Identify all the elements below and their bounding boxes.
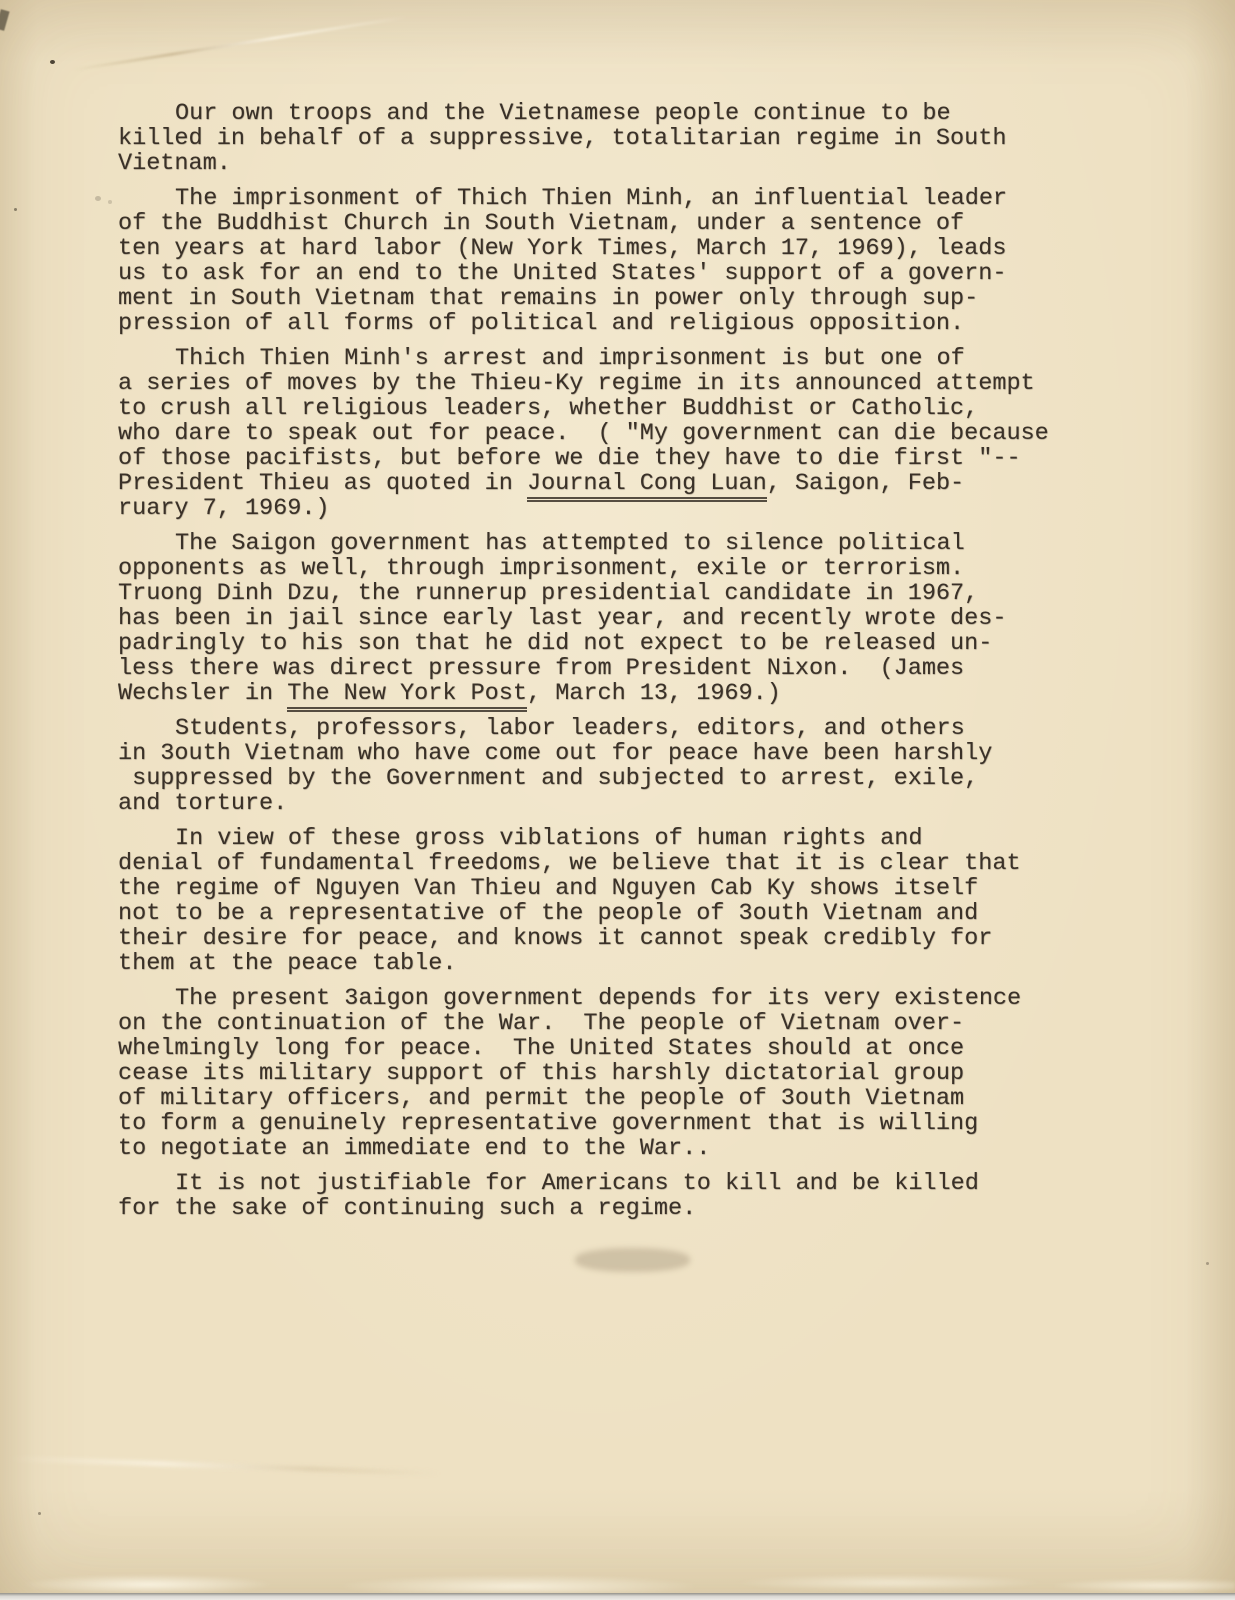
- text-segment: The Saigon government has attempted to s…: [175, 530, 965, 557]
- text-segment: Vietnam.: [118, 150, 231, 177]
- paper-edge-mark: [0, 9, 10, 31]
- text-line: ment in South Vietnam that remains in po…: [118, 286, 1049, 311]
- text-line: Students, professors, labor leaders, edi…: [118, 716, 1049, 741]
- text-segment: It is not justifiable for Americans to k…: [175, 1170, 979, 1197]
- text-line: not to be a representative of the people…: [118, 901, 1049, 926]
- text-line: their desire for peace, and knows it can…: [118, 926, 1049, 951]
- text-line: for the sake of continuing such a regime…: [118, 1196, 1049, 1221]
- text-line: opponents as well, through imprisonment,…: [118, 556, 1049, 581]
- text-line: The imprisonment of Thich Thien Minh, an…: [118, 186, 1049, 211]
- text-line: of those pacifists, but before we die th…: [118, 446, 1049, 471]
- text-line: the regime of Nguyen Van Thieu and Nguye…: [118, 876, 1049, 901]
- text-segment: ruary 7, 1969.): [118, 495, 330, 522]
- text-segment: to crush all religious leaders, whether …: [118, 395, 978, 422]
- text-segment: Our own troops and the Vietnamese people…: [175, 100, 951, 127]
- typewritten-page: Our own troops and the Vietnamese people…: [0, 0, 1235, 1600]
- text-line: a series of moves by the Thieu-Ky regime…: [118, 371, 1049, 396]
- text-segment: In view of these gross viblations of hum…: [175, 825, 922, 852]
- text-segment: ment in South Vietnam that remains in po…: [118, 285, 978, 312]
- text-line: ten years at hard labor (New York Times,…: [118, 236, 1049, 261]
- text-line: Wechsler in The New York Post, March 13,…: [118, 681, 1049, 706]
- text-segment: their desire for peace, and knows it can…: [118, 925, 992, 952]
- text-line: pression of all forms of political and r…: [118, 311, 1049, 336]
- text-segment: us to ask for an end to the United State…: [118, 260, 1006, 287]
- text-segment: Truong Dinh Dzu, the runnerup presidenti…: [118, 580, 978, 607]
- text-line: to negotiate an immediate end to the War…: [118, 1136, 1049, 1161]
- paper-speck: [38, 1512, 41, 1515]
- text-line: us to ask for an end to the United State…: [118, 261, 1049, 286]
- paragraph: It is not justifiable for Americans to k…: [118, 1171, 1049, 1221]
- text-line: suppressed by the Government and subject…: [118, 766, 1049, 791]
- text-line: in 3outh Vietnam who have come out for p…: [118, 741, 1049, 766]
- paper-speck: [1206, 1262, 1209, 1265]
- text-line: President Thieu as quoted in Journal Con…: [118, 471, 1049, 496]
- paper-speck: [14, 208, 17, 211]
- text-segment: and torture.: [118, 790, 287, 817]
- text-line: padringly to his son that he did not exp…: [118, 631, 1049, 656]
- text-segment: President Thieu as quoted in: [118, 470, 527, 497]
- text-segment: The imprisonment of Thich Thien Minh, an…: [175, 185, 1007, 212]
- text-line: of military officers, and permit the peo…: [118, 1086, 1049, 1111]
- text-segment: of military officers, and permit the peo…: [118, 1085, 964, 1112]
- text-line: Truong Dinh Dzu, the runnerup presidenti…: [118, 581, 1049, 606]
- text-line: whelmingly long for peace. The United St…: [118, 1036, 1049, 1061]
- text-line: on the continuation of the War. The peop…: [118, 1011, 1049, 1036]
- paragraph: Students, professors, labor leaders, edi…: [118, 716, 1049, 816]
- text-segment: on the continuation of the War. The peop…: [118, 1010, 964, 1037]
- document-text: Our own troops and the Vietnamese people…: [118, 101, 1049, 1231]
- text-segment: for the sake of continuing such a regime…: [118, 1195, 696, 1222]
- text-segment: The present 3aigon government depends fo…: [175, 985, 1021, 1012]
- text-segment: whelmingly long for peace. The United St…: [118, 1035, 964, 1062]
- text-segment: opponents as well, through imprisonment,…: [118, 555, 964, 582]
- text-segment: to negotiate an immediate end to the War…: [118, 1135, 710, 1162]
- paragraph: In view of these gross viblations of hum…: [118, 826, 1049, 976]
- text-segment: a series of moves by the Thieu-Ky regime…: [118, 370, 1035, 397]
- text-segment: of the Buddhist Church in South Vietnam,…: [118, 210, 964, 237]
- text-line: to form a genuinely representative gover…: [118, 1111, 1049, 1136]
- paragraph: The Saigon government has attempted to s…: [118, 531, 1049, 706]
- text-segment: less there was direct pressure from Pres…: [118, 655, 964, 682]
- paper-bottom-tear: [0, 1559, 1235, 1593]
- text-segment: ten years at hard labor (New York Times,…: [118, 235, 1006, 262]
- text-segment: the regime of Nguyen Van Thieu and Nguye…: [118, 875, 978, 902]
- text-segment: padringly to his son that he did not exp…: [118, 630, 992, 657]
- text-line: has been in jail since early last year, …: [118, 606, 1049, 631]
- text-line: denial of fundamental freedoms, we belie…: [118, 851, 1049, 876]
- text-line: Thich Thien Minh's arrest and imprisonme…: [118, 346, 1049, 371]
- ink-ghost-smudge: [575, 1248, 690, 1272]
- text-segment: to form a genuinely representative gover…: [118, 1110, 978, 1137]
- text-line: Vietnam.: [118, 151, 1049, 176]
- paragraph: The present 3aigon government depends fo…: [118, 986, 1049, 1161]
- text-segment: who dare to speak out for peace. ( "My g…: [118, 420, 1049, 447]
- text-line: of the Buddhist Church in South Vietnam,…: [118, 211, 1049, 236]
- text-segment: of those pacifists, but before we die th…: [118, 445, 1021, 472]
- underlined-citation: The New York Post: [287, 680, 527, 712]
- text-line: less there was direct pressure from Pres…: [118, 656, 1049, 681]
- paper-speck: [50, 60, 55, 64]
- paper-crease-top: [72, 15, 408, 71]
- paper-speck: [95, 196, 101, 201]
- text-segment: , Saigon, Feb-: [767, 470, 964, 497]
- text-segment: has been in jail since early last year, …: [118, 605, 1006, 632]
- text-segment: cease its military support of this harsh…: [118, 1060, 964, 1087]
- text-segment: denial of fundamental freedoms, we belie…: [118, 850, 1021, 877]
- text-segment: , March 13, 1969.): [527, 680, 781, 707]
- paragraph: Thich Thien Minh's arrest and imprisonme…: [118, 346, 1049, 521]
- text-segment: not to be a representative of the people…: [118, 900, 978, 927]
- paragraph: The imprisonment of Thich Thien Minh, an…: [118, 186, 1049, 336]
- text-segment: killed in behalf of a suppressive, total…: [118, 125, 1006, 152]
- text-line: The Saigon government has attempted to s…: [118, 531, 1049, 556]
- underlined-citation: Journal Cong Luan: [527, 470, 767, 502]
- paper-bottom-edge: [0, 1593, 1235, 1600]
- text-segment: pression of all forms of political and r…: [118, 310, 964, 337]
- text-line: Our own troops and the Vietnamese people…: [118, 101, 1049, 126]
- text-line: The present 3aigon government depends fo…: [118, 986, 1049, 1011]
- text-line: and torture.: [118, 791, 1049, 816]
- text-line: who dare to speak out for peace. ( "My g…: [118, 421, 1049, 446]
- text-segment: Wechsler in: [118, 680, 287, 707]
- text-line: It is not justifiable for Americans to k…: [118, 1171, 1049, 1196]
- text-segment: Thich Thien Minh's arrest and imprisonme…: [175, 345, 965, 372]
- paper-crease-bottom: [10, 1456, 440, 1475]
- text-segment: them at the peace table.: [118, 950, 456, 977]
- text-segment: suppressed by the Government and subject…: [118, 765, 978, 792]
- paper-speck: [108, 200, 112, 204]
- text-line: cease its military support of this harsh…: [118, 1061, 1049, 1086]
- text-line: to crush all religious leaders, whether …: [118, 396, 1049, 421]
- text-line: In view of these gross viblations of hum…: [118, 826, 1049, 851]
- text-segment: Students, professors, labor leaders, edi…: [175, 715, 965, 742]
- paragraph: Our own troops and the Vietnamese people…: [118, 101, 1049, 176]
- text-segment: in 3outh Vietnam who have come out for p…: [118, 740, 992, 767]
- text-line: them at the peace table.: [118, 951, 1049, 976]
- text-line: killed in behalf of a suppressive, total…: [118, 126, 1049, 151]
